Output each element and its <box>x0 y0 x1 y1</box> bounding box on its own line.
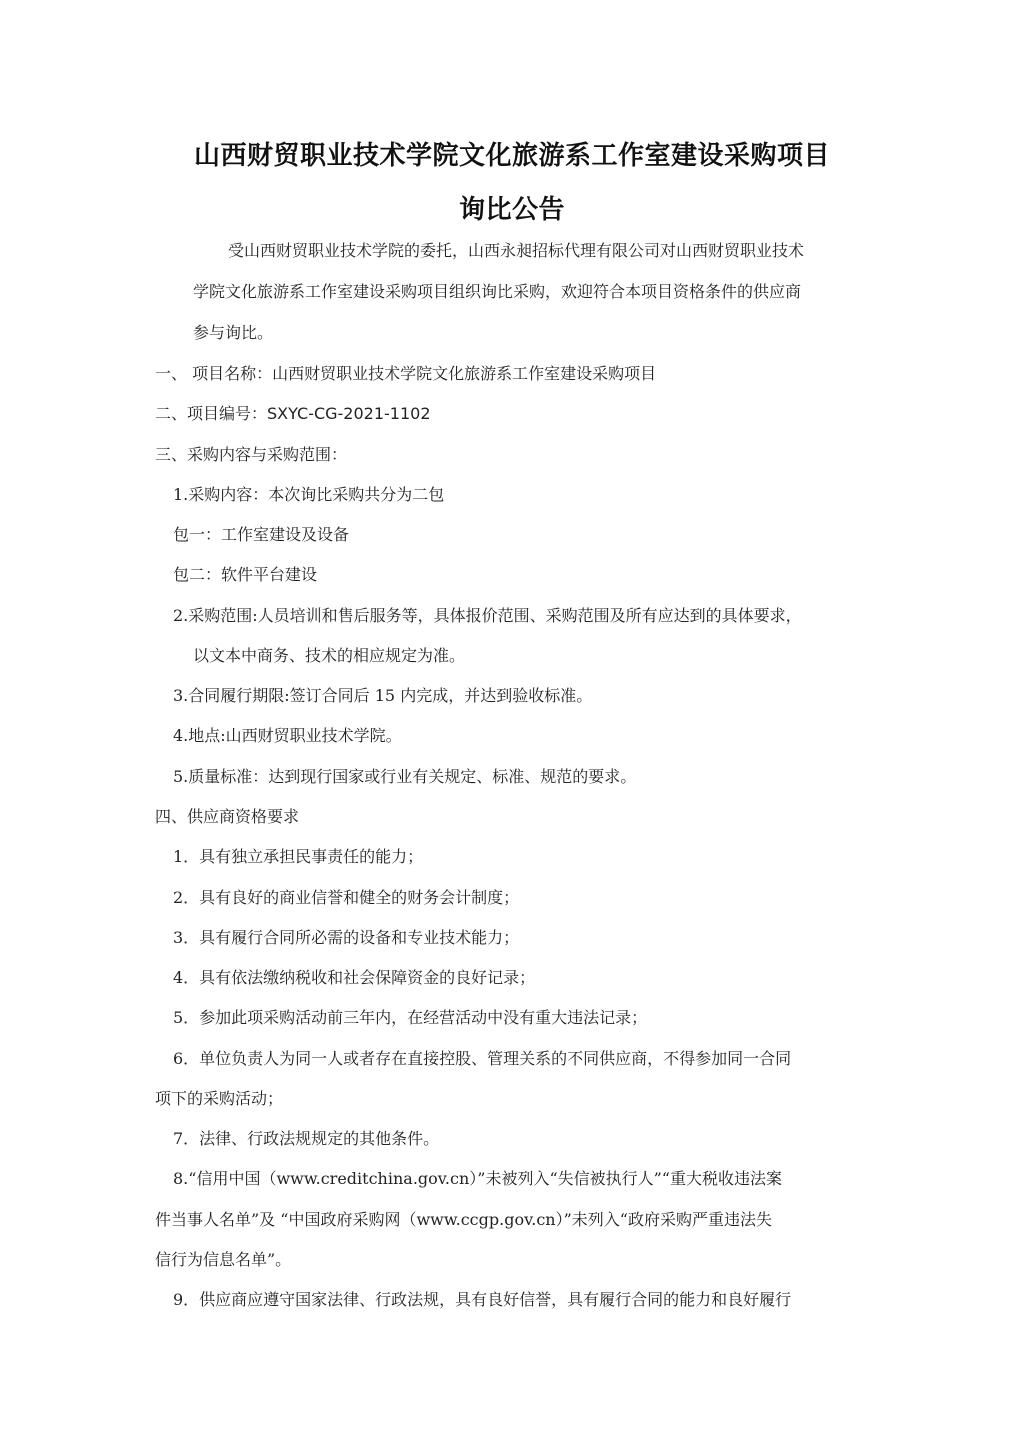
qualification-item: 4．具有依法缴纳税收和社会保障资金的良好记录； <box>173 968 535 988</box>
section-qualification-heading: 四、供应商资格要求 <box>155 807 299 827</box>
qualification-item: 7．法律、行政法规规定的其他条件。 <box>173 1129 439 1149</box>
intro-line-2: 学院文化旅游系工作室建设采购项目组织询比采购，欢迎符合本项目资格条件的供应商 <box>193 282 801 302</box>
section-procurement-heading: 三、采购内容与采购范围： <box>155 445 347 465</box>
section-project-name: 一、 项目名称：山西财贸职业技术学院文化旅游系工作室建设采购项目 <box>155 364 656 384</box>
procurement-item: 4.地点:山西财贸职业技术学院。 <box>173 726 402 746</box>
procurement-item: 包一：工作室建设及设备 <box>173 525 349 545</box>
document-title: 山西财贸职业技术学院文化旅游系工作室建设采购项目 <box>0 135 1024 172</box>
qualification-item: 信行为信息名单”。 <box>155 1250 291 1270</box>
qualification-item: 1．具有独立承担民事责任的能力； <box>173 847 423 867</box>
procurement-item: 3.合同履行期限:签订合同后 15 内完成，并达到验收标准。 <box>173 686 592 706</box>
section-project-number: 二、项目编号：SXYC-CG-2021-1102 <box>155 404 431 424</box>
qualification-item: 件当事人名单”及 “中国政府采购网（www.ccgp.gov.cn）”未列入“政… <box>155 1210 772 1230</box>
document-subtitle: 询比公告 <box>0 189 1024 226</box>
procurement-item: 以文本中商务、技术的相应规定为准。 <box>193 646 465 666</box>
qualification-item: 5．参加此项采购活动前三年内，在经营活动中没有重大违法记录； <box>173 1008 647 1028</box>
qualification-item: 2．具有良好的商业信誉和健全的财务会计制度； <box>173 888 519 908</box>
qualification-item: 项下的采购活动； <box>155 1089 283 1109</box>
procurement-item: 1.采购内容：本次询比采购共分为二包 <box>173 485 444 505</box>
qualification-item: 9．供应商应遵守国家法律、行政法规，具有良好信誉，具有履行合同的能力和良好履行 <box>173 1290 791 1310</box>
procurement-item: 包二：软件平台建设 <box>173 565 317 585</box>
document-page: 山西财贸职业技术学院文化旅游系工作室建设采购项目 询比公告 受山西财贸职业技术学… <box>0 0 1024 1448</box>
procurement-item: 2.采购范围:人员培训和售后服务等，具体报价范围、采购范围及所有应达到的具体要求… <box>173 606 802 626</box>
qualification-item: 6．单位负责人为同一人或者存在直接控股、管理关系的不同供应商，不得参加同一合同 <box>173 1049 791 1069</box>
intro-line-1: 受山西财贸职业技术学院的委托，山西永昶招标代理有限公司对山西财贸职业技术 <box>228 241 804 261</box>
qualification-item: 3．具有履行合同所必需的设备和专业技术能力； <box>173 928 519 948</box>
procurement-item: 5.质量标准：达到现行国家或行业有关规定、标准、规范的要求。 <box>173 767 636 787</box>
intro-line-3: 参与询比。 <box>193 323 273 343</box>
qualification-item: 8.“信用中国（www.creditchina.gov.cn）”未被列入“失信被… <box>173 1169 782 1189</box>
